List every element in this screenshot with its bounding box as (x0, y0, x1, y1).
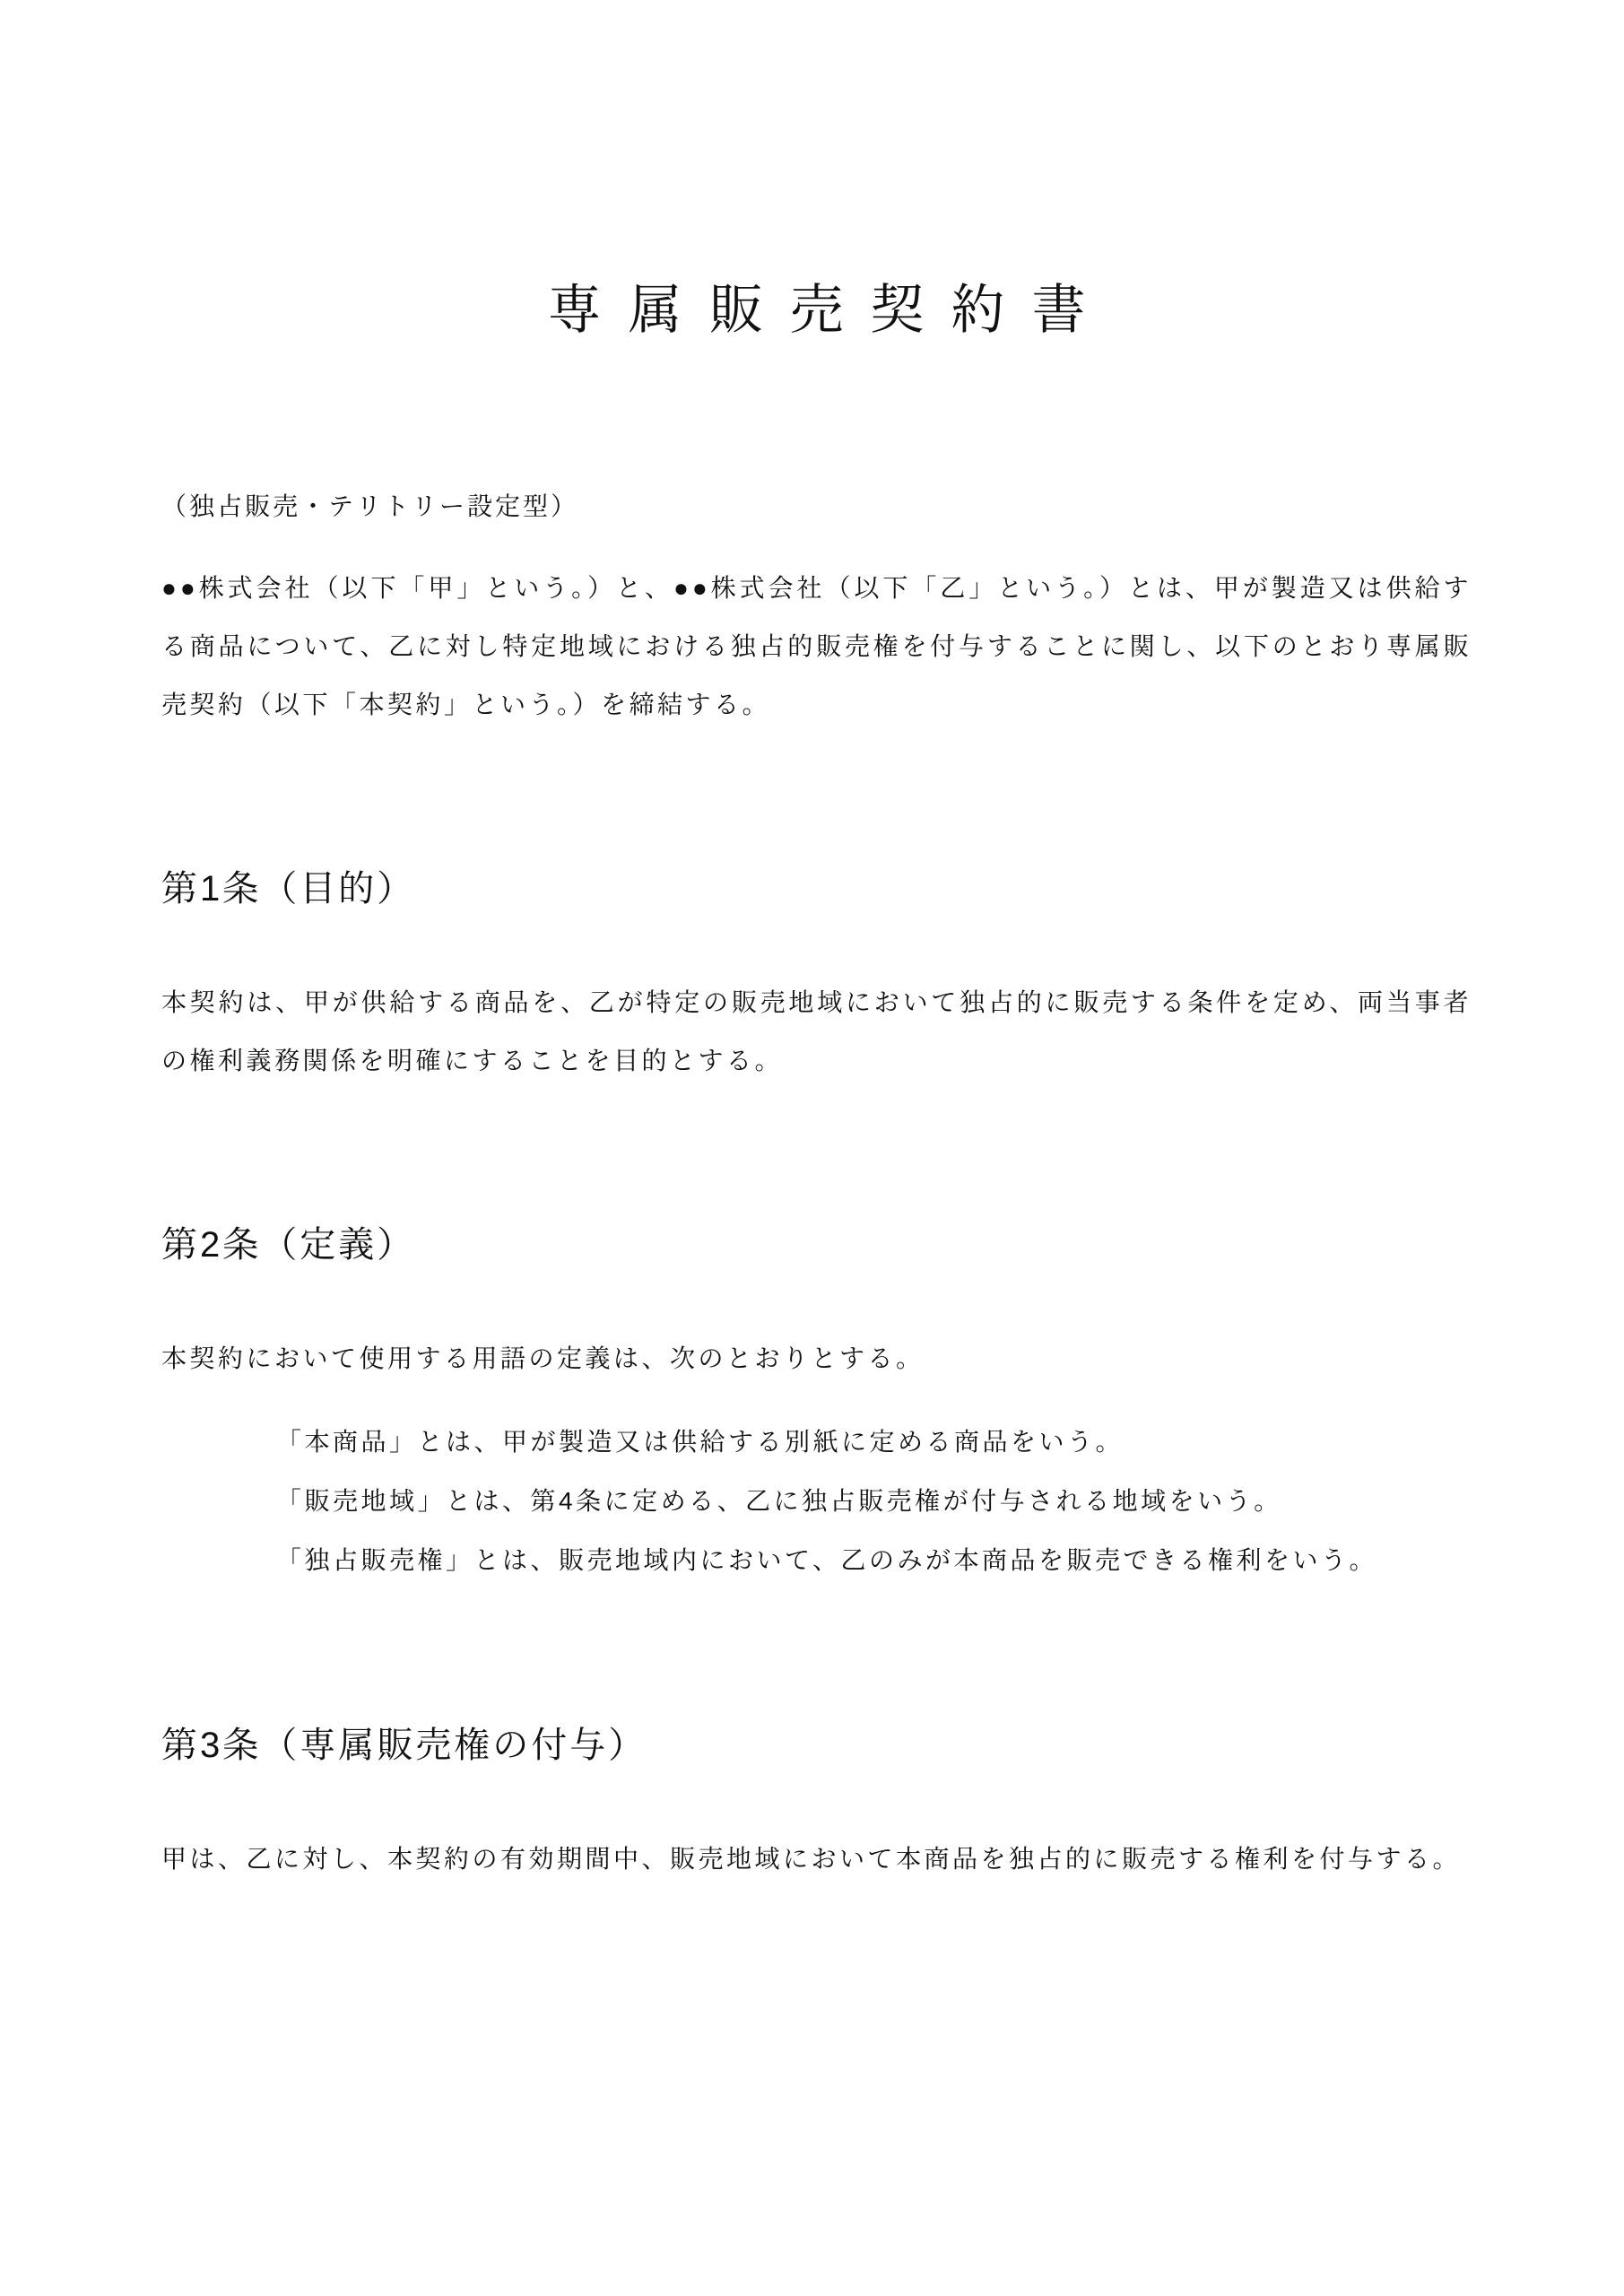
article-1-body: 本契約は、甲が供給する商品を、乙が特定の販売地域において独占的に販売する条件を定… (161, 973, 1472, 1090)
article-3-section: 第3条（専属販売権の付与） 甲は、乙に対し、本契約の有効期間中、販売地域において… (161, 1720, 1472, 1888)
preamble-paragraph: ●●株式会社（以下「甲」という。）と、●●株式会社（以下「乙」という。）とは、甲… (161, 559, 1472, 734)
definition-item-dokusen-hanbaiken: 「独占販売権」とは、販売地域内において、乙のみが本商品を販売できる権利をいう。 (276, 1531, 1472, 1590)
article-2-heading: 第2条（定義） (161, 1220, 1472, 1270)
article-1-heading: 第1条（目的） (161, 864, 1472, 914)
article-3-heading: 第3条（専属販売権の付与） (161, 1720, 1472, 1770)
definition-list: 「本商品」とは、甲が製造又は供給する別紙に定める商品をいう。 「販売地域」とは、… (161, 1413, 1472, 1590)
definition-item-honshohin: 「本商品」とは、甲が製造又は供給する別紙に定める商品をいう。 (276, 1413, 1472, 1472)
article-1-section: 第1条（目的） 本契約は、甲が供給する商品を、乙が特定の販売地域において独占的に… (161, 864, 1472, 1090)
definition-item-hanbai-chiiki: 「販売地域」とは、第4条に定める、乙に独占販売権が付与される地域をいう。 (276, 1472, 1472, 1531)
article-3-body: 甲は、乙に対し、本契約の有効期間中、販売地域において本商品を独占的に販売する権利… (161, 1830, 1472, 1888)
contract-document-page: 専属販売契約書 （独占販売・テリトリー設定型） ●●株式会社（以下「甲」という。… (0, 0, 1624, 2296)
article-2-section: 第2条（定義） 本契約において使用する用語の定義は、次のとおりとする。 「本商品… (161, 1220, 1472, 1590)
document-title: 専属販売契約書 (161, 278, 1472, 343)
article-2-body: 本契約において使用する用語の定義は、次のとおりとする。 (161, 1329, 1472, 1387)
document-subtitle: （独占販売・テリトリー設定型） (161, 477, 1472, 535)
